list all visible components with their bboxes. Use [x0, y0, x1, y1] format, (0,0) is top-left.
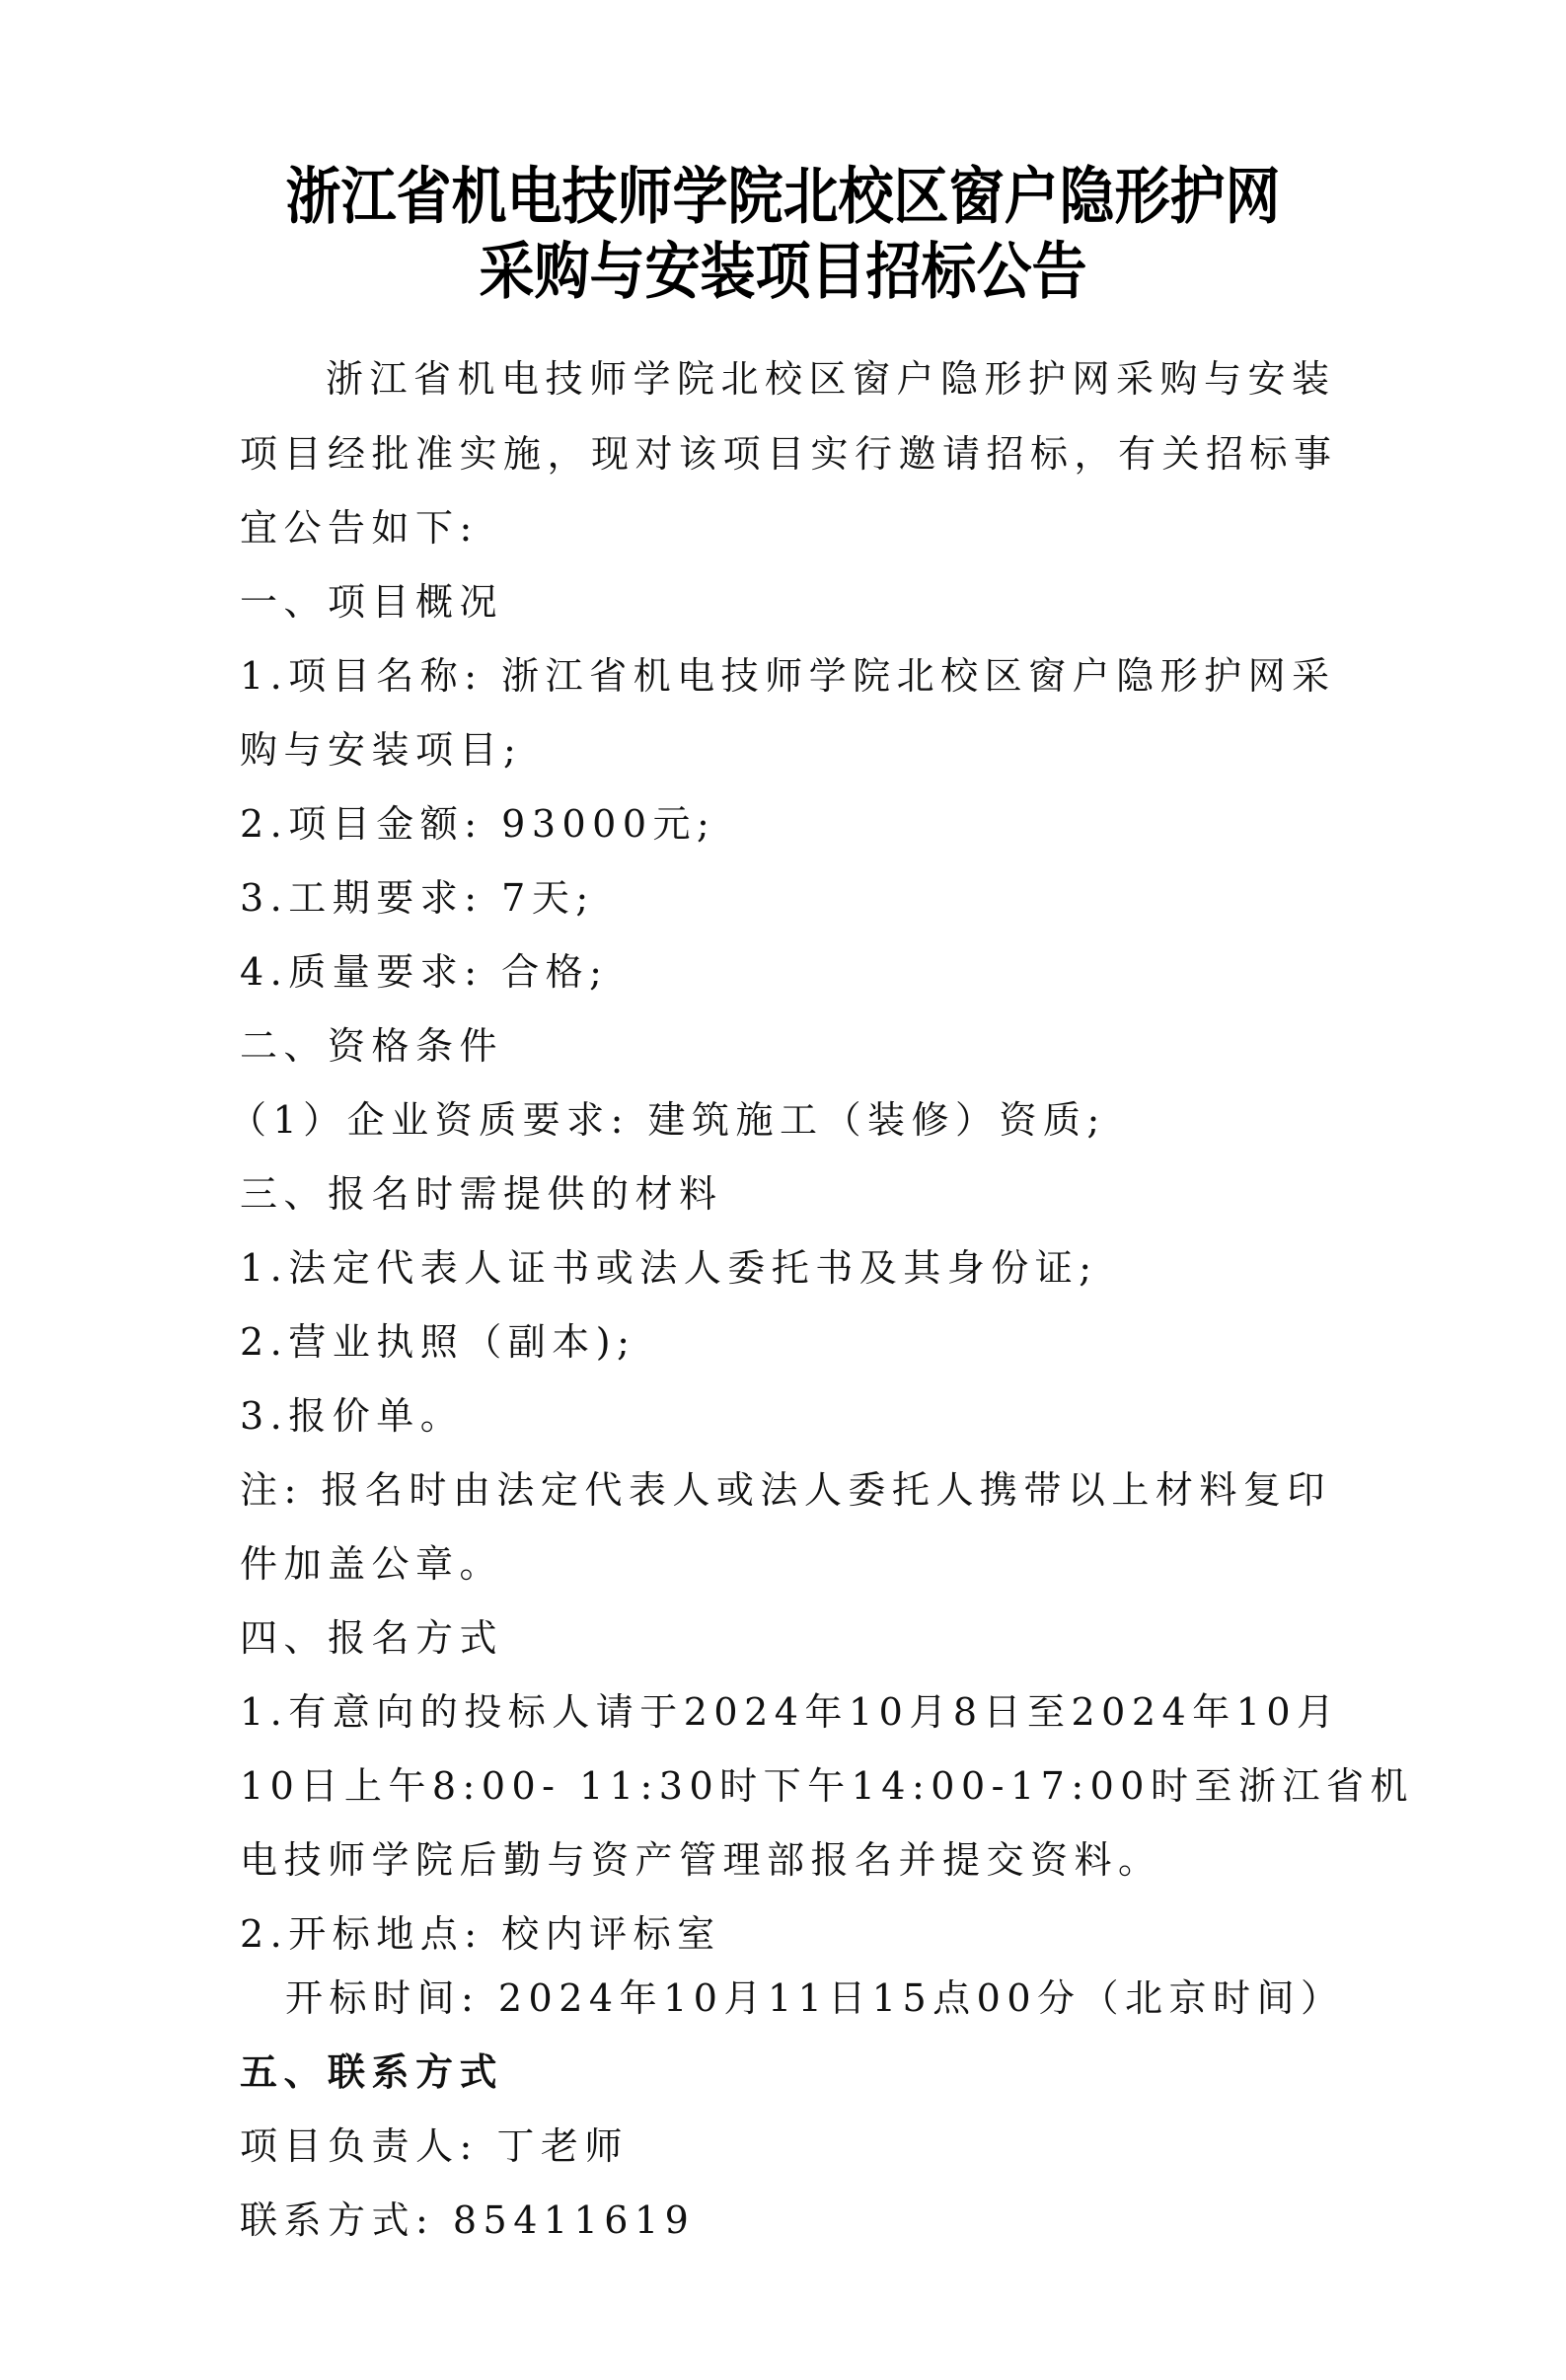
material-item-3: 3.报价单。	[240, 1392, 1345, 1440]
material-item-2: 2.营业执照（副本);	[240, 1318, 1345, 1366]
section-heading-registration: 四、报名方式	[240, 1614, 1345, 1662]
intro-paragraph-line2: 项目经批准实施，现对该项目实行邀请招标，有关招标事	[240, 430, 1345, 478]
section-heading-overview: 一、项目概况	[240, 578, 1345, 626]
note-line2: 件加盖公章。	[240, 1540, 1345, 1588]
project-contact-person: 项目负责人: 丁老师	[240, 2122, 1345, 2170]
registration-line3: 电技师学院后勤与资产管理部报名并提交资料。	[240, 1836, 1345, 1884]
intro-paragraph-line3: 宜公告如下:	[240, 504, 1345, 552]
material-item-1: 1.法定代表人证书或法人委托书及其身份证;	[240, 1244, 1345, 1292]
project-name-line1: 1.项目名称: 浙江省机电技师学院北校区窗户隐形护网采	[240, 652, 1345, 700]
project-name-line2: 购与安装项目;	[240, 726, 1345, 774]
contact-phone: 联系方式: 85411619	[240, 2196, 1345, 2244]
bid-opening-location: 2.开标地点: 校内评标室	[240, 1910, 1345, 1958]
project-amount: 2.项目金额: 93000元;	[240, 800, 1345, 848]
registration-line2: 10日上午8:00- 11:30时下午14:00-17:00时至浙江省机	[240, 1762, 1345, 1810]
section-heading-contact: 五、联系方式	[240, 2048, 1345, 2096]
document-title-line2: 采购与安装项目招标公告	[0, 233, 1566, 310]
section-heading-materials: 三、报名时需提供的材料	[240, 1170, 1345, 1218]
bid-opening-time: 开标时间: 2024年10月11日15点00分（北京时间）	[285, 1974, 1390, 2022]
registration-line1: 1.有意向的投标人请于2024年10月8日至2024年10月	[240, 1688, 1345, 1736]
note-line1: 注: 报名时由法定代表人或法人委托人携带以上材料复印	[240, 1466, 1345, 1514]
intro-paragraph-line1: 浙江省机电技师学院北校区窗户隐形护网采购与安装	[326, 355, 1431, 403]
section-heading-qualification: 二、资格条件	[240, 1022, 1345, 1070]
document-title-line1: 浙江省机电技师学院北校区窗户隐形护网	[0, 158, 1566, 235]
project-duration: 3.工期要求: 7天;	[240, 874, 1345, 922]
quality-requirement: 4.质量要求: 合格;	[240, 948, 1345, 996]
document-page: 浙江省机电技师学院北校区窗户隐形护网 采购与安装项目招标公告 浙江省机电技师学院…	[0, 0, 1566, 2380]
qualification-requirement: （1）企业资质要求: 建筑施工（装修）资质;	[229, 1096, 1334, 1144]
